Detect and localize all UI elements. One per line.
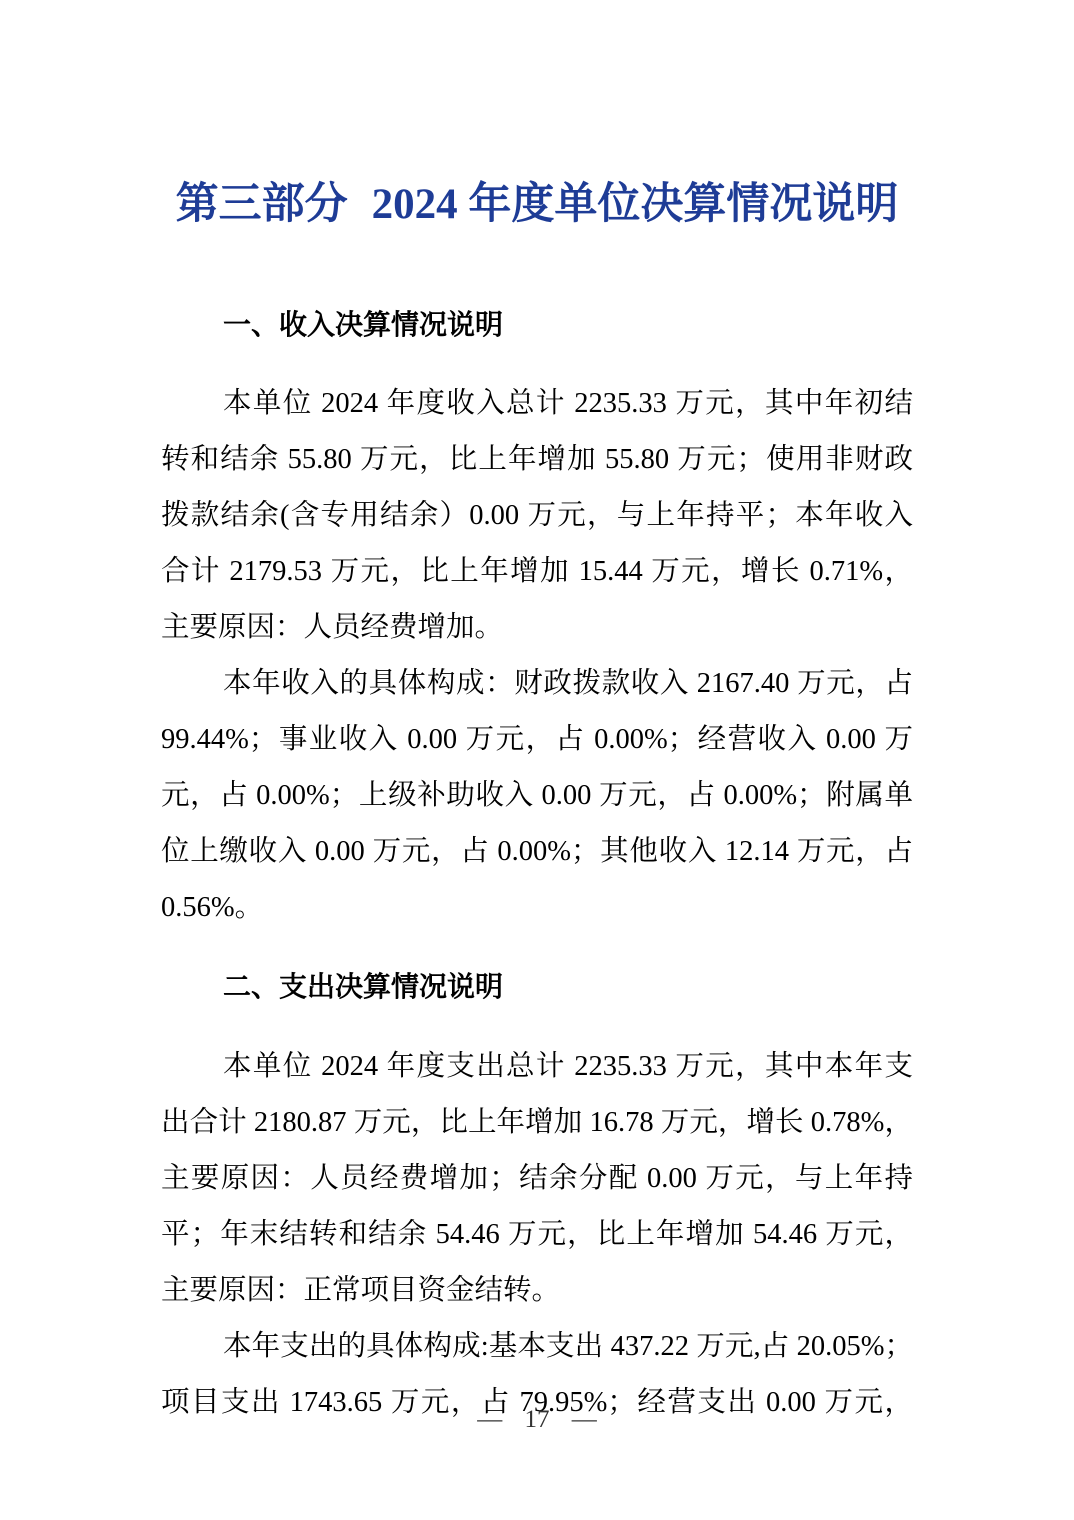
- text-line: 合计 2179.53 万元，比上年增加 15.44 万元，增长 0.71%，: [161, 544, 913, 600]
- title-part-1: 第三部分: [176, 181, 348, 228]
- text-line: 平；年末结转和结余 54.46 万元，比上年增加 54.46 万元，: [161, 1207, 913, 1263]
- title-part-2: 2024 年度单位决算情况说明: [372, 181, 899, 228]
- page-number-label: — 17 —: [477, 1406, 597, 1433]
- text-line: 转和结余 55.80 万元，比上年增加 55.80 万元；使用非财政: [161, 432, 913, 488]
- document-body: 一、收入决算情况说明 本单位 2024 年度收入总计 2235.33 万元，其中…: [161, 297, 913, 1431]
- text-line: 主要原因：人员经费增加。: [161, 600, 913, 656]
- text-line: 本单位 2024 年度支出总计 2235.33 万元，其中本年支: [161, 1039, 913, 1095]
- text-line: 本年收入的具体构成：财政拨款收入 2167.40 万元，占: [161, 656, 913, 712]
- document-title: 第三部分2024 年度单位决算情况说明: [0, 175, 1074, 235]
- paragraph-expenditure-summary: 本单位 2024 年度支出总计 2235.33 万元，其中本年支 出合计 218…: [161, 1039, 913, 1319]
- text-line: 99.44%；事业收入 0.00 万元，占 0.00%；经营收入 0.00 万: [161, 712, 913, 768]
- text-line: 位上缴收入 0.00 万元，占 0.00%；其他收入 12.14 万元，占: [161, 824, 913, 880]
- document-page: 第三部分2024 年度单位决算情况说明 一、收入决算情况说明 本单位 2024 …: [0, 0, 1074, 1520]
- page-number: — 17 —: [0, 1400, 1074, 1440]
- text-line: 本年支出的具体构成:基本支出 437.22 万元,占 20.05%；: [161, 1319, 913, 1375]
- text-line: 出合计 2180.87 万元，比上年增加 16.78 万元，增长 0.78%，: [161, 1095, 913, 1151]
- text-line: 本单位 2024 年度收入总计 2235.33 万元，其中年初结: [161, 376, 913, 432]
- text-line: 0.56%。: [161, 880, 913, 936]
- text-line: 拨款结余(含专用结余）0.00 万元，与上年持平；本年收入: [161, 488, 913, 544]
- paragraph-income-summary: 本单位 2024 年度收入总计 2235.33 万元，其中年初结 转和结余 55…: [161, 376, 913, 656]
- paragraph-income-composition: 本年收入的具体构成：财政拨款收入 2167.40 万元，占 99.44%；事业收…: [161, 656, 913, 936]
- section-heading-income: 一、收入决算情况说明: [161, 297, 913, 353]
- text-line: 元，占 0.00%；上级补助收入 0.00 万元，占 0.00%；附属单: [161, 768, 913, 824]
- text-line: 主要原因：正常项目资金结转。: [161, 1263, 913, 1319]
- section-heading-expenditure: 二、支出决算情况说明: [161, 959, 913, 1015]
- text-line: 主要原因：人员经费增加；结余分配 0.00 万元，与上年持: [161, 1151, 913, 1207]
